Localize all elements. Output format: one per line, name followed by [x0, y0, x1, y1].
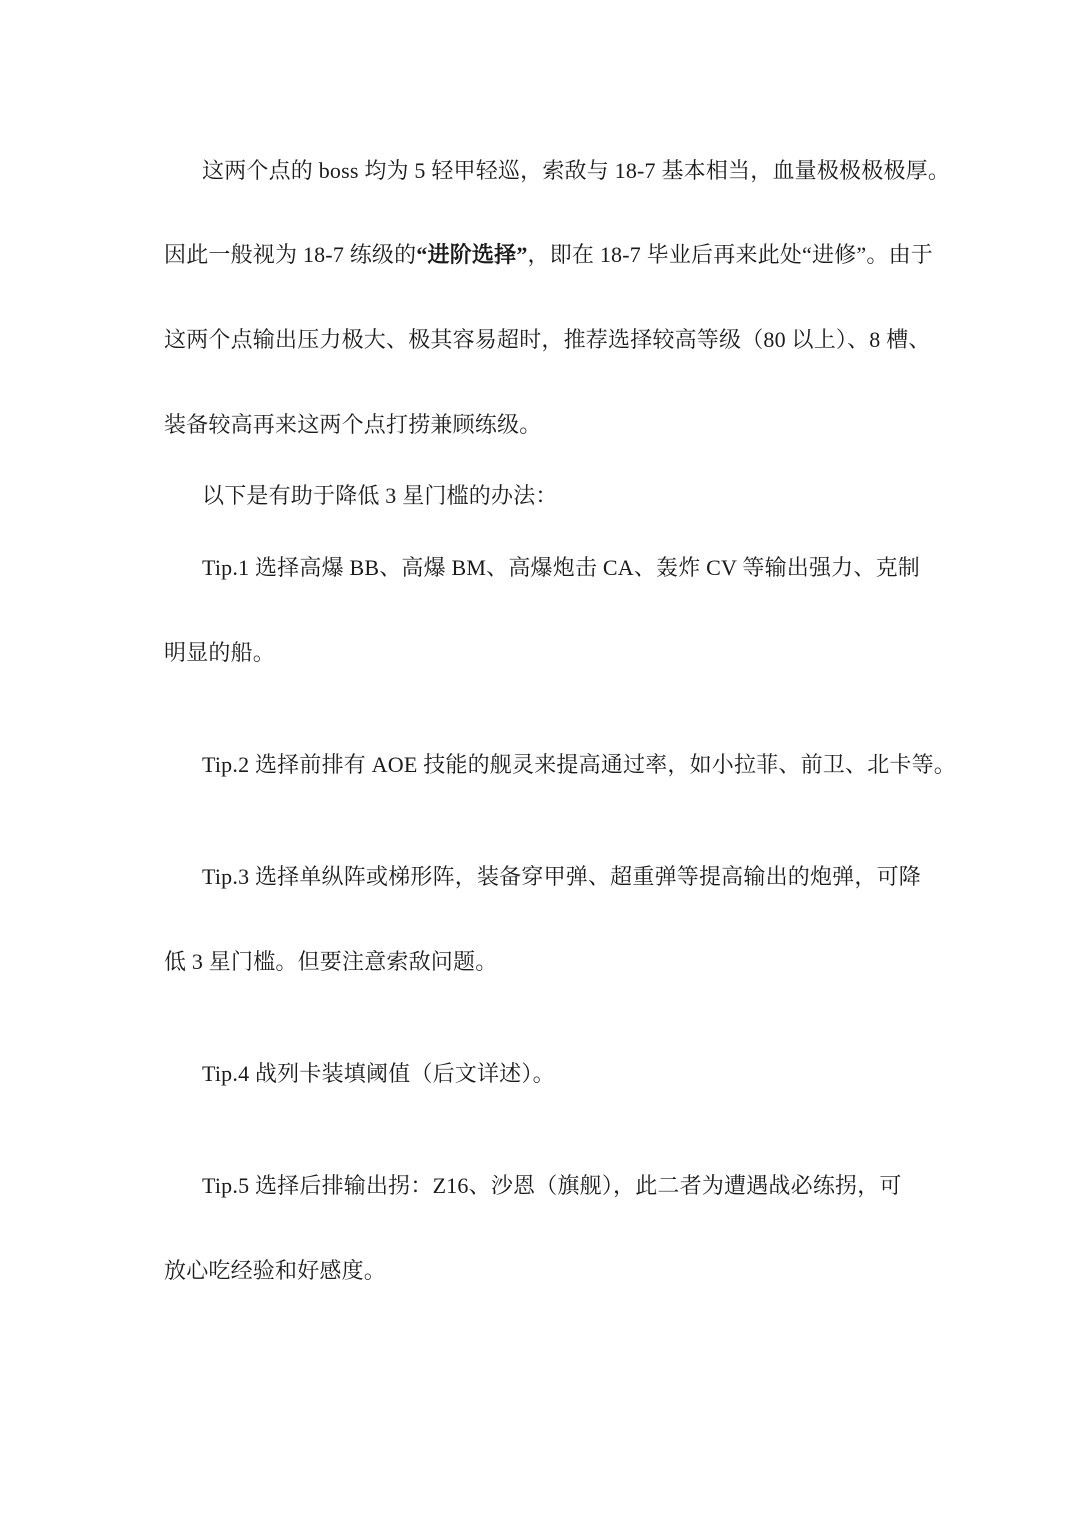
tip-3-line-2: 低 3 星门槛。但要注意索敌问题。 [164, 947, 944, 977]
tip-2-line-1: Tip.2 选择前排有 AOE 技能的舰灵来提高通过率，如小拉菲、前卫、北卡等。 [202, 750, 982, 780]
advanced-choice-emphasis: “进阶选择” [416, 242, 527, 267]
paragraph-intro-line-2: 因此一般视为 18-7 练级的“进阶选择”，即在 18-7 毕业后再来此处“进修… [164, 240, 944, 270]
tip-1-line-2: 明显的船。 [164, 638, 944, 668]
tips-intro-text: 以下是有助于降低 3 星门槛的办法： [202, 481, 982, 511]
paragraph-intro-line-4: 装备较高再来这两个点打捞兼顾练级。 [164, 410, 944, 440]
paragraph-intro-line-1: 这两个点的 boss 均为 5 轻甲轻巡，索敌与 18-7 基本相当，血量极极极… [202, 156, 982, 186]
tip-3-line-1: Tip.3 选择单纵阵或梯形阵，装备穿甲弹、超重弹等提高输出的炮弹，可降 [202, 862, 982, 892]
tip-4-line-1: Tip.4 战列卡装填阈值（后文详述）。 [202, 1059, 982, 1089]
tip-1-line-1: Tip.1 选择高爆 BB、高爆 BM、高爆炮击 CA、轰炸 CV 等输出强力、… [202, 553, 982, 583]
tip-5-line-1: Tip.5 选择后排输出拐：Z16、沙恩（旗舰），此二者为遭遇战必练拐，可 [202, 1171, 982, 1201]
paragraph-intro-line-3: 这两个点输出压力极大、极其容易超时，推荐选择较高等级（80 以上）、8 槽、 [164, 325, 944, 355]
intro-line-2-pre: 因此一般视为 18-7 练级的 [164, 242, 416, 267]
document-page: 这两个点的 boss 均为 5 轻甲轻巡，索敌与 18-7 基本相当，血量极极极… [0, 0, 1080, 1527]
tip-5-line-2: 放心吃经验和好感度。 [164, 1256, 944, 1286]
intro-line-2-post: ，即在 18-7 毕业后再来此处“进修”。由于 [528, 242, 933, 267]
